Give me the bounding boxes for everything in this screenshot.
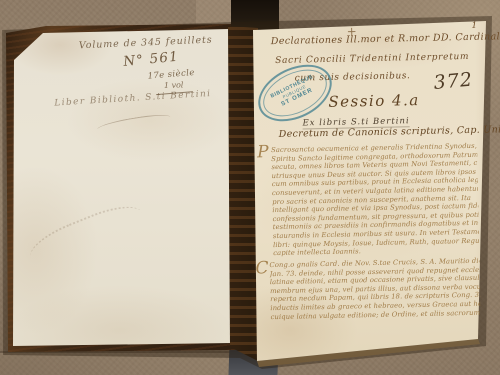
paragraph-initial-2: C xyxy=(255,258,268,278)
annotation-ex-libris-latin: Liber Biblioth. S.ti Bertini xyxy=(54,89,212,109)
annotation-catalog-number: N° 561 xyxy=(123,49,180,70)
paragraph-initial-1: P xyxy=(257,142,269,162)
left-page-annotations: Volume de 345 feuillets N° 561 17e siècl… xyxy=(16,27,231,153)
manuscript-scan: Volume de 345 feuillets N° 561 17e siècl… xyxy=(0,0,500,375)
annotation-century: 17e siècle xyxy=(147,68,195,82)
annotation-volume: 1 vol xyxy=(164,80,184,90)
body-paragraph-1: Sacrosancta oecumenica et generalis Trid… xyxy=(271,142,479,258)
annotation-volume-count: Volume de 345 feuillets xyxy=(79,35,213,52)
folio-number: 1 xyxy=(471,21,477,31)
title-line-1: Declarationes Ill.mor et R.mor DD. Cardi… xyxy=(271,32,473,47)
annotation-flourish xyxy=(96,112,171,135)
body-paragraph-2: Cong.o gnalis Card. die Nov. S.tae Cruci… xyxy=(269,257,480,322)
